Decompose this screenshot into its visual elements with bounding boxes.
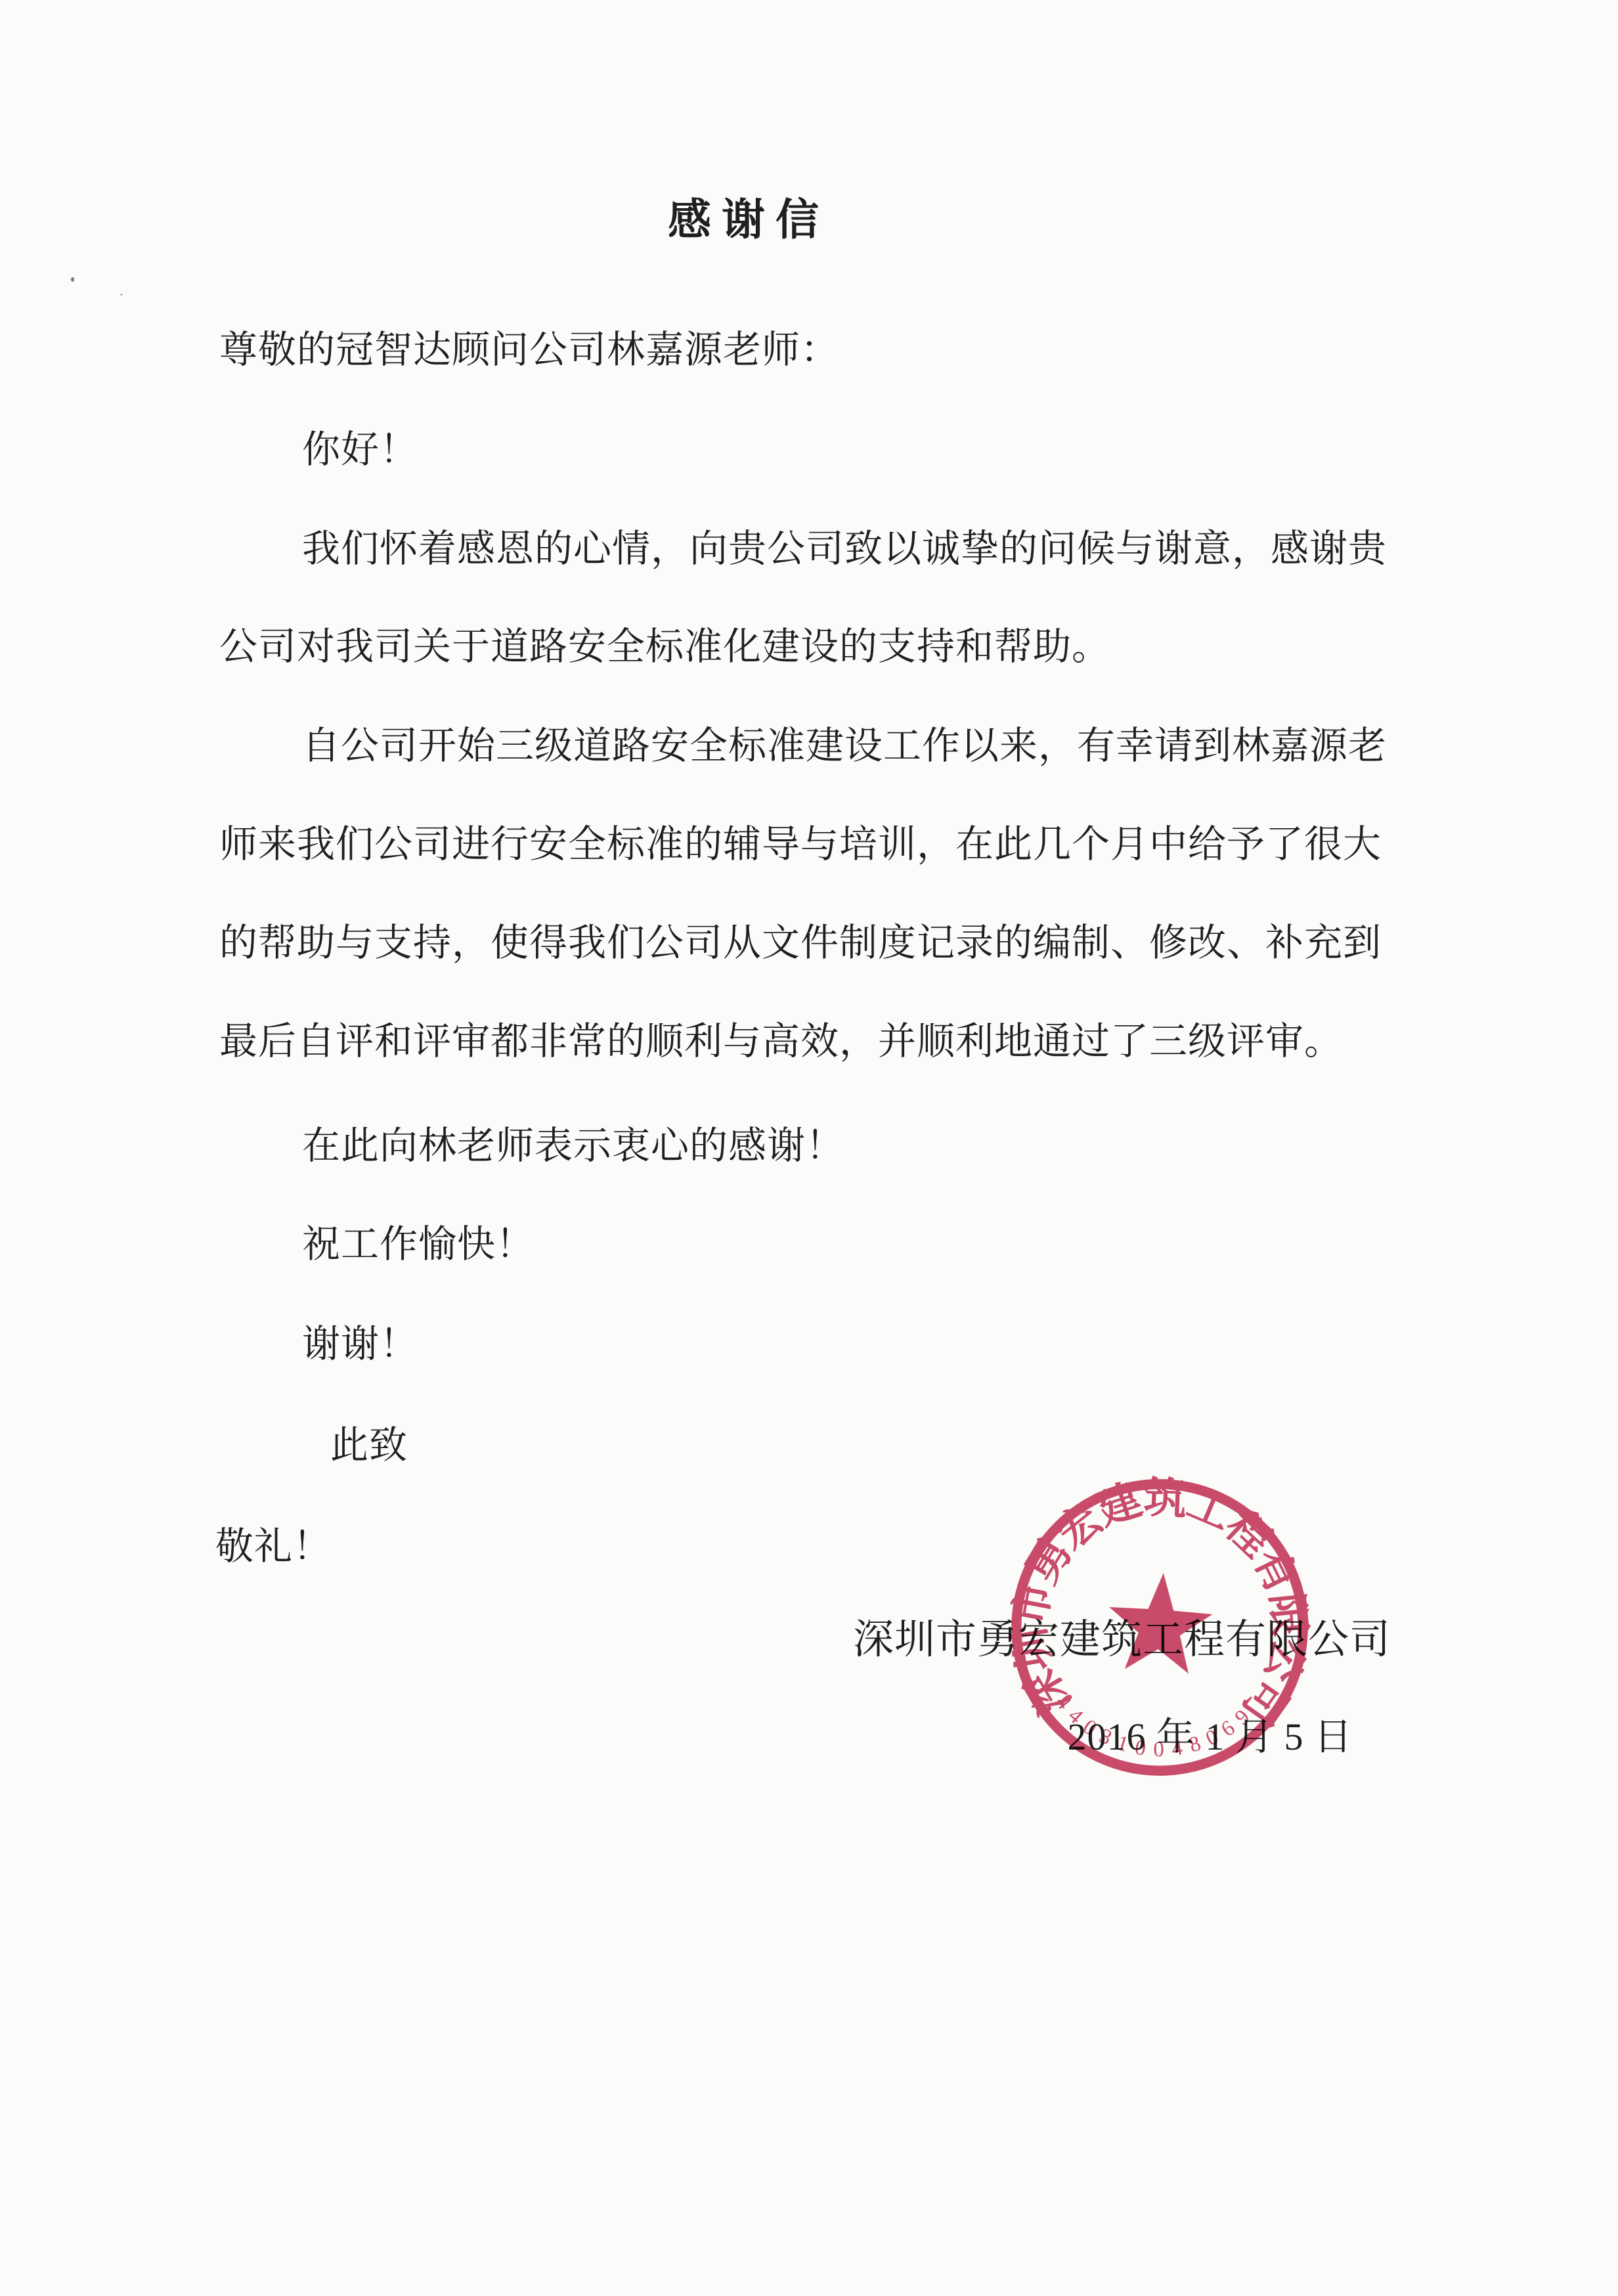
letter-page: 感谢信 尊敬的冠智达顾问公司林嘉源老师： 你好！ 我们怀着感恩的心情，向贵公司致… [0, 0, 1618, 2296]
thankyou-line: 谢谢！ [302, 1323, 418, 1367]
wish-line: 祝工作愉快！ [302, 1223, 535, 1267]
company-stamp-seal: 深圳市勇宏建筑工程有限公司 440310048069 [992, 1459, 1328, 1796]
closing-jingli: 敬礼！ [215, 1525, 332, 1569]
body-line: 最后自评和评审都非常的顺利与高效，并顺利地通过了三级评审。 [219, 1020, 1343, 1064]
body-line: 公司对我司关于道路安全标准化建设的支持和帮助。 [219, 625, 1110, 669]
salutation-line: 尊敬的冠智达顾问公司林嘉源老师： [219, 328, 839, 372]
thanks-line: 在此向林老师表示衷心的感谢！ [302, 1124, 844, 1168]
body-line: 自公司开始三级道路安全标准建设工作以来，有幸请到林嘉源老 [302, 724, 1387, 768]
body-line: 的帮助与支持，使得我们公司从文件制度记录的编制、修改、补充到 [219, 921, 1382, 965]
scan-speck [71, 277, 74, 282]
letter-title: 感谢信 [0, 194, 1497, 246]
body-line: 我们怀着感恩的心情，向贵公司致以诚挚的问候与谢意，感谢贵 [302, 527, 1387, 571]
closing-cizhi: 此致 [330, 1424, 408, 1468]
greeting-line: 你好！ [302, 428, 418, 472]
stamp-star-icon [1105, 1570, 1215, 1675]
body-line: 师来我们公司进行安全标准的辅导与培训，在此几个月中给予了很大 [219, 823, 1382, 867]
scan-speck [120, 294, 123, 296]
